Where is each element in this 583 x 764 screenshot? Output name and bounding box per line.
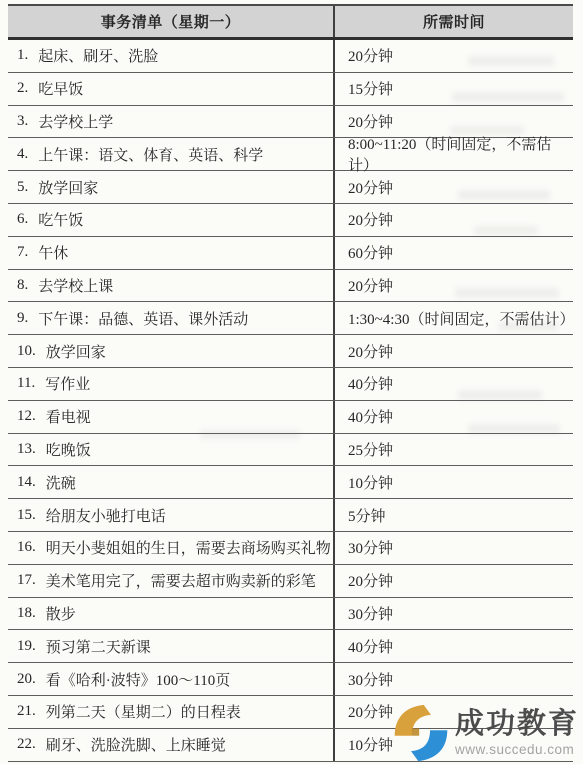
task-number: 5. (17, 179, 28, 196)
task-number: 18. (17, 605, 36, 622)
table-row: 14.洗碗10分钟 (8, 466, 573, 499)
task-number: 8. (17, 277, 28, 294)
task-number: 6. (17, 211, 28, 228)
watermark: 成功教育 www.succedu.com (392, 704, 579, 762)
task-label: 预习第二天新课 (46, 636, 151, 657)
task-number: 3. (17, 113, 28, 130)
task-cell: 19.预习第二天新课 (8, 630, 335, 662)
table-row: 17.美术笔用完了，需要去超市购卖新的彩笔20分钟 (8, 565, 573, 598)
task-number: 1. (17, 47, 28, 64)
task-label: 写作业 (45, 373, 90, 394)
time-cell: 8:00~11:20（时间固定，不需估计） (335, 138, 573, 170)
task-cell: 7.午休 (8, 237, 335, 269)
schedule-table: 事务清单（星期一） 所需时间 1.起床、刷牙、洗脸20分钟2.吃早饭15分钟3.… (8, 4, 573, 762)
task-cell: 10.放学回家 (8, 335, 335, 367)
task-cell: 18.散步 (8, 598, 335, 630)
task-label: 散步 (46, 603, 76, 624)
time-cell: 5分钟 (335, 499, 573, 531)
task-number: 20. (17, 671, 36, 688)
task-number: 10. (17, 343, 36, 360)
task-cell: 14.洗碗 (8, 466, 335, 498)
task-number: 16. (17, 539, 36, 556)
table-row: 18.散步30分钟 (8, 598, 573, 631)
task-label: 吃午饭 (38, 209, 83, 230)
task-label: 吃晚饭 (46, 439, 91, 460)
time-cell: 60分钟 (335, 237, 573, 269)
time-cell: 40分钟 (335, 401, 573, 433)
task-number: 7. (17, 244, 28, 261)
task-number: 17. (17, 572, 36, 589)
watermark-url: www.succedu.com (455, 742, 574, 757)
time-cell: 15分钟 (335, 73, 573, 105)
table-row: 12.看电视40分钟 (8, 401, 573, 434)
task-label: 午休 (38, 242, 68, 263)
task-label: 去学校上课 (38, 275, 113, 296)
time-cell: 20分钟 (335, 40, 573, 72)
table-row: 10.放学回家20分钟 (8, 335, 573, 368)
table-row: 6.吃午饭20分钟 (8, 204, 573, 237)
task-cell: 21.列第二天（星期二）的日程表 (8, 696, 335, 728)
task-cell: 4.上午课：语文、体育、英语、科学 (8, 138, 335, 170)
time-cell: 20分钟 (335, 270, 573, 302)
table-row: 16.明天小斐姐姐的生日，需要去商场购买礼物30分钟 (8, 532, 573, 565)
table-row: 9.下午课：品德、英语、课外活动1:30~4:30（时间固定，不需估计） (8, 302, 573, 335)
task-label: 明天小斐姐姐的生日，需要去商场购买礼物 (46, 537, 331, 558)
task-number: 4. (17, 146, 28, 163)
time-cell: 20分钟 (335, 204, 573, 236)
task-cell: 5.放学回家 (8, 171, 335, 203)
task-label: 放学回家 (46, 341, 106, 362)
task-cell: 16.明天小斐姐姐的生日，需要去商场购买礼物 (8, 532, 335, 564)
task-cell: 9.下午课：品德、英语、课外活动 (8, 302, 335, 334)
task-number: 9. (17, 310, 28, 327)
table-row: 19.预习第二天新课40分钟 (8, 630, 573, 663)
time-cell: 25分钟 (335, 434, 573, 466)
table-header-row: 事务清单（星期一） 所需时间 (8, 6, 573, 40)
task-label: 列第二天（星期二）的日程表 (46, 701, 241, 722)
time-cell: 40分钟 (335, 630, 573, 662)
time-cell: 20分钟 (335, 171, 573, 203)
task-label: 放学回家 (38, 177, 98, 198)
task-number: 14. (17, 474, 36, 491)
table-row: 13.吃晚饭25分钟 (8, 434, 573, 467)
table-row: 4.上午课：语文、体育、英语、科学8:00~11:20（时间固定，不需估计） (8, 138, 573, 171)
time-cell: 40分钟 (335, 368, 573, 400)
task-cell: 6.吃午饭 (8, 204, 335, 236)
task-cell: 11.写作业 (8, 368, 335, 400)
watermark-brand: 成功教育 (455, 710, 579, 739)
task-cell: 13.吃晚饭 (8, 434, 335, 466)
task-number: 21. (17, 703, 36, 720)
task-label: 下午课：品德、英语、课外活动 (38, 308, 248, 329)
column-header-tasks: 事务清单（星期一） (8, 6, 335, 37)
task-cell: 3.去学校上学 (8, 106, 335, 138)
time-cell: 20分钟 (335, 565, 573, 597)
task-number: 13. (17, 441, 36, 458)
table-row: 20.看《哈利·波特》100～110页30分钟 (8, 663, 573, 696)
time-cell: 10分钟 (335, 466, 573, 498)
task-number: 12. (17, 408, 36, 425)
task-cell: 22.刷牙、洗脸洗脚、上床睡觉 (8, 729, 335, 761)
task-label: 刷牙、洗脸洗脚、上床睡觉 (46, 734, 226, 755)
task-cell: 12.看电视 (8, 401, 335, 433)
table-body: 1.起床、刷牙、洗脸20分钟2.吃早饭15分钟3.去学校上学20分钟4.上午课：… (8, 40, 573, 762)
task-label: 起床、刷牙、洗脸 (38, 45, 158, 66)
task-number: 19. (17, 638, 36, 655)
table-row: 11.写作业40分钟 (8, 368, 573, 401)
time-cell: 30分钟 (335, 598, 573, 630)
task-label: 洗碗 (46, 472, 76, 493)
task-cell: 20.看《哈利·波特》100～110页 (8, 663, 335, 695)
task-label: 看电视 (46, 406, 91, 427)
task-cell: 1.起床、刷牙、洗脸 (8, 40, 335, 72)
task-label: 给朋友小驰打电话 (46, 505, 166, 526)
task-label: 去学校上学 (38, 111, 113, 132)
task-cell: 2.吃早饭 (8, 73, 335, 105)
column-header-time: 所需时间 (335, 6, 573, 37)
task-label: 吃早饭 (38, 78, 83, 99)
task-number: 15. (17, 507, 36, 524)
table-row: 15.给朋友小驰打电话5分钟 (8, 499, 573, 532)
time-cell: 1:30~4:30（时间固定，不需估计） (335, 302, 573, 334)
table-row: 7.午休60分钟 (8, 237, 573, 270)
task-cell: 15.给朋友小驰打电话 (8, 499, 335, 531)
task-label: 上午课：语文、体育、英语、科学 (38, 144, 263, 165)
time-cell: 30分钟 (335, 532, 573, 564)
task-number: 2. (17, 80, 28, 97)
task-cell: 8.去学校上课 (8, 270, 335, 302)
table-row: 8.去学校上课20分钟 (8, 270, 573, 303)
task-label: 美术笔用完了，需要去超市购卖新的彩笔 (46, 570, 316, 591)
table-row: 5.放学回家20分钟 (8, 171, 573, 204)
task-number: 22. (17, 736, 36, 753)
table-row: 2.吃早饭15分钟 (8, 73, 573, 106)
time-cell: 20分钟 (335, 335, 573, 367)
table-row: 1.起床、刷牙、洗脸20分钟 (8, 40, 573, 73)
time-cell: 30分钟 (335, 663, 573, 695)
succedu-logo-icon (392, 704, 450, 762)
task-number: 11. (17, 375, 35, 392)
task-cell: 17.美术笔用完了，需要去超市购卖新的彩笔 (8, 565, 335, 597)
task-label: 看《哈利·波特》100～110页 (46, 669, 230, 690)
